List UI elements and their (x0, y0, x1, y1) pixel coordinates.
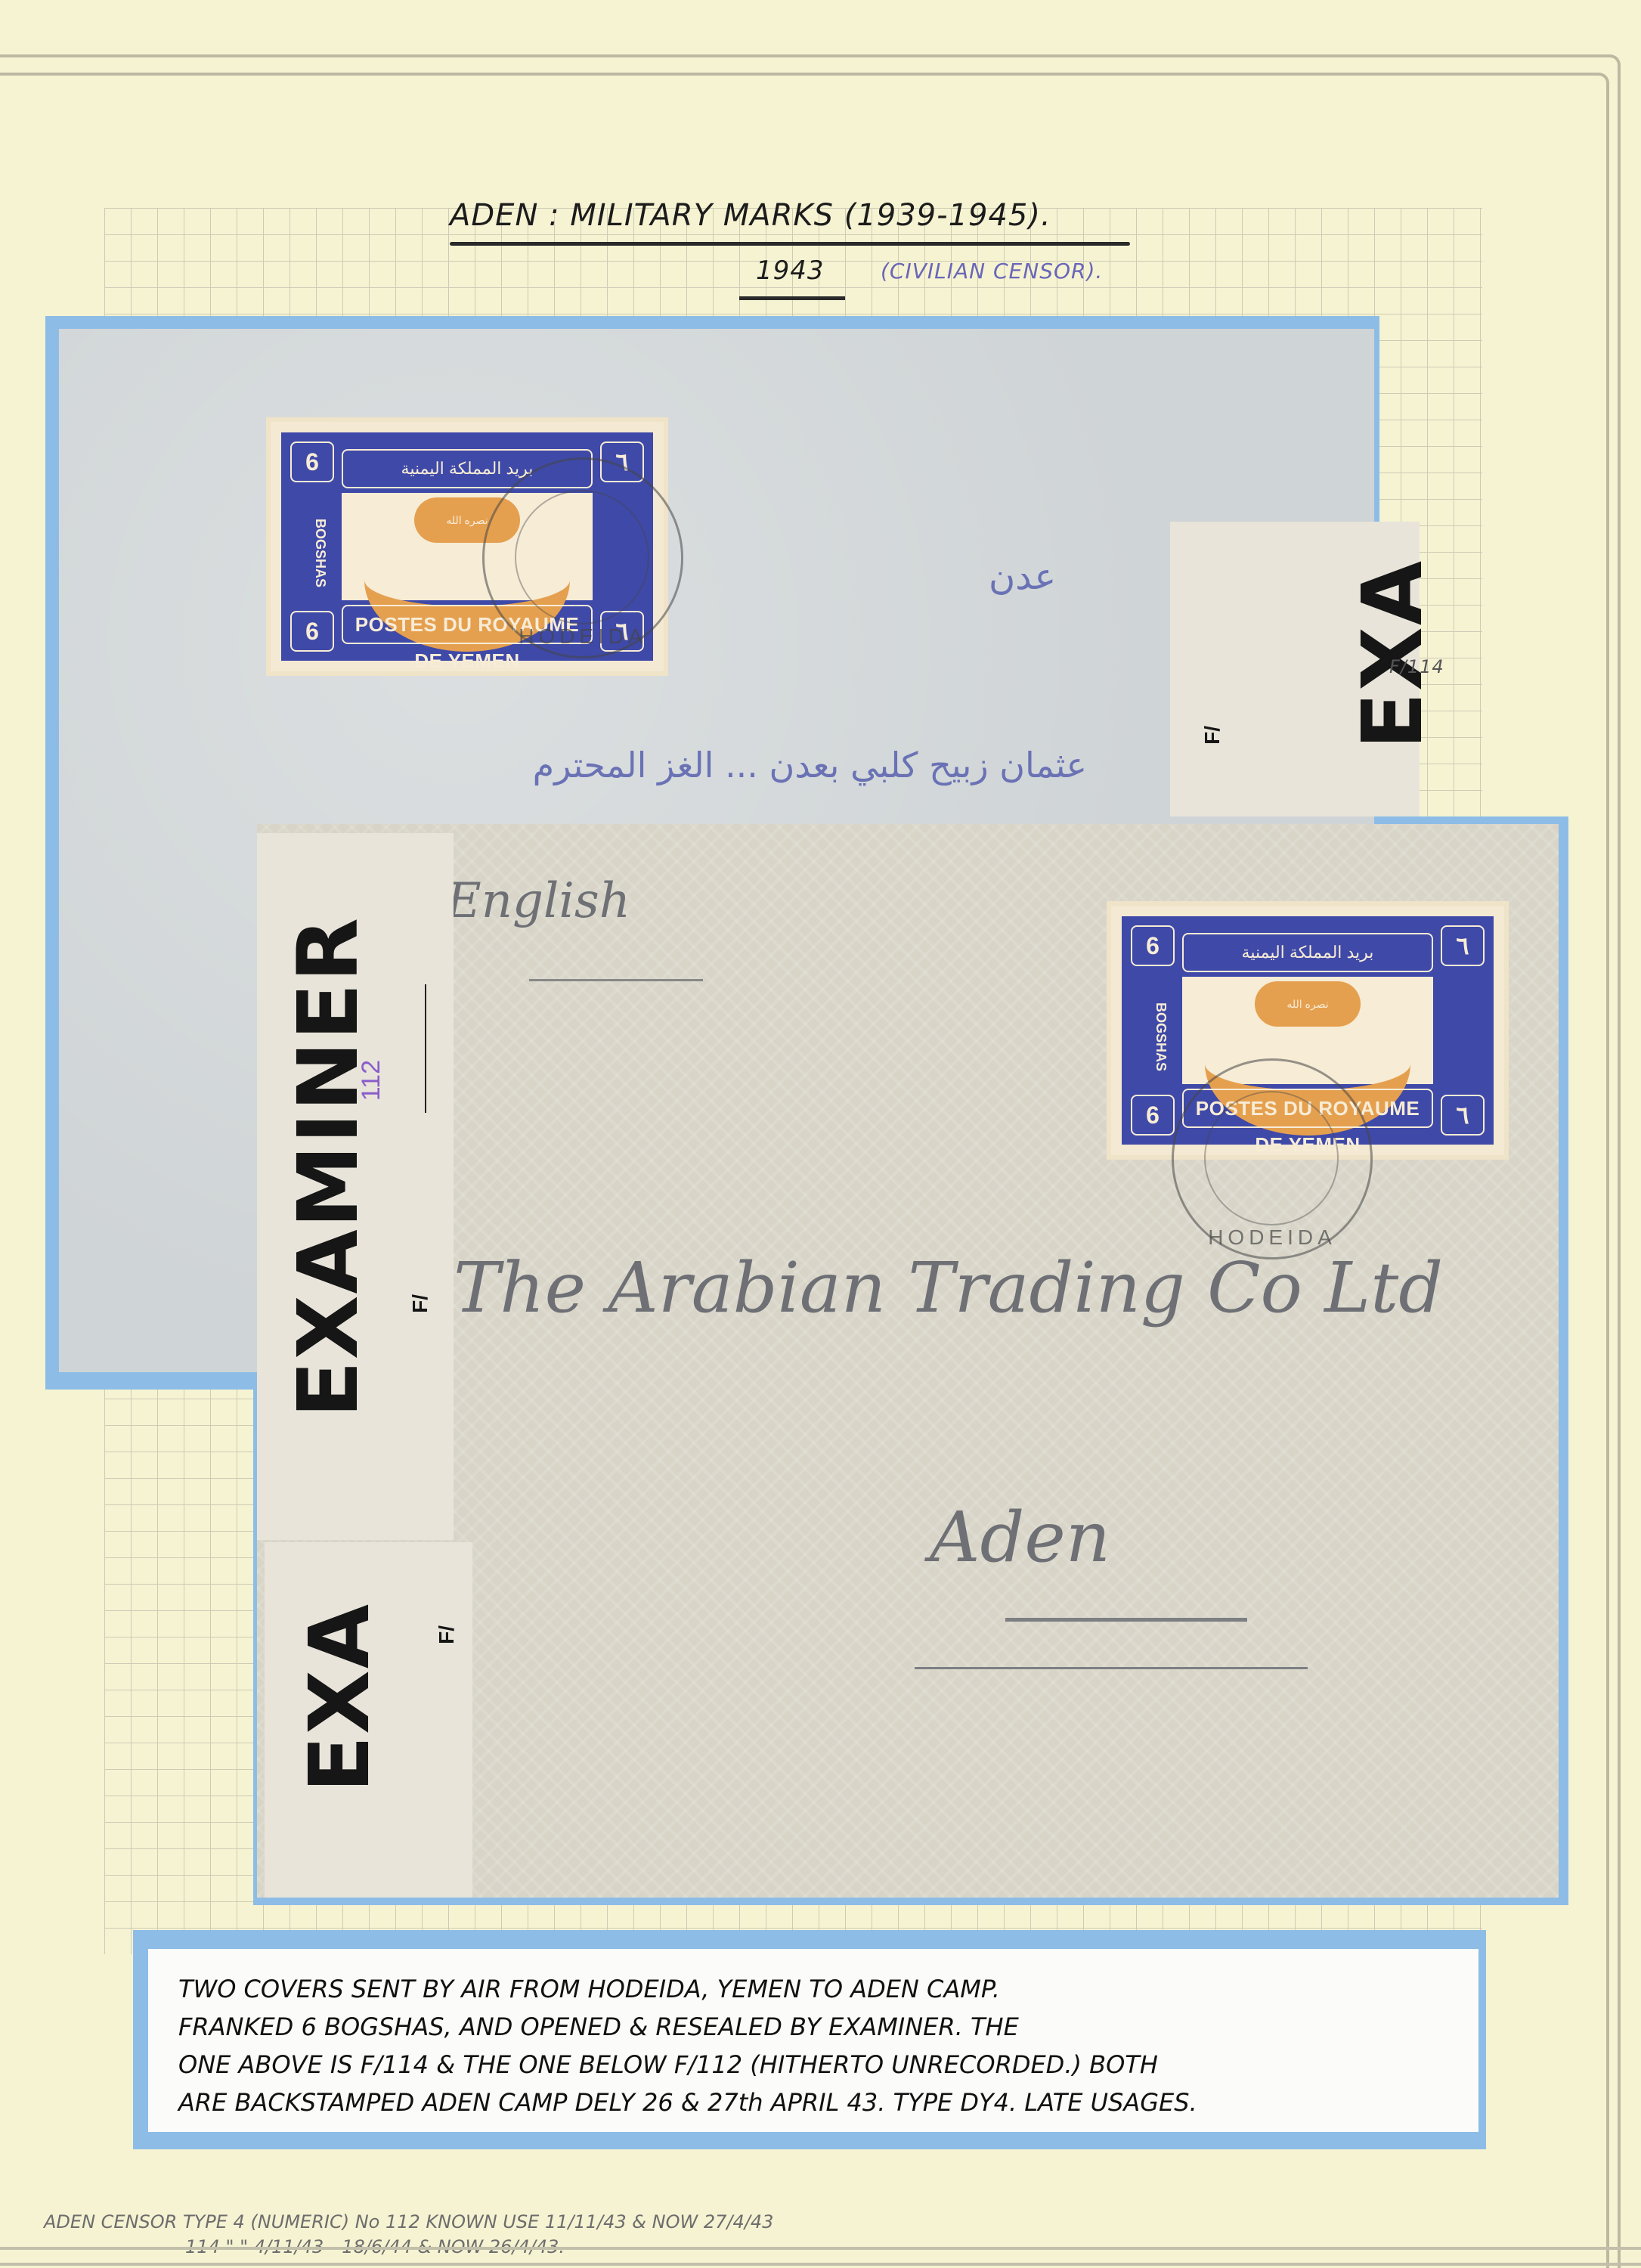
lower-censor-label: EXAMINER F/ 112 (257, 833, 454, 1540)
page-title: ADEN : MILITARY MARKS (1939-1945). (450, 198, 1051, 233)
stamp-value-bl: 6 (290, 611, 334, 652)
year-note: (CIVILIAN CENSOR). (881, 259, 1103, 283)
endorsement-english: English (446, 873, 630, 929)
endorsement-underline (529, 979, 703, 981)
stamp-arabic-title: بريد المملكة اليمنية (1182, 933, 1433, 972)
censor-label-field: F/ (408, 1294, 432, 1313)
address-line-2: Aden (930, 1497, 1110, 1578)
upper-address-line1: عدن (989, 556, 1056, 598)
footnote-rule-2 (0, 2263, 1641, 2266)
stamp-currency: BOGSHAS (1138, 984, 1169, 1090)
address-line-1: The Arabian Trading Co Ltd (454, 1247, 1443, 1328)
stamp-value-tl: 6 (290, 442, 334, 482)
address-underline (1005, 1618, 1247, 1622)
lower-censor-label-partial: EXA F/ (265, 1542, 472, 1898)
censor-partial-field: F/ (435, 1625, 459, 1644)
postmark-town: HODEIDA (485, 624, 681, 649)
postmark-town: HODEIDA (1174, 1225, 1370, 1250)
stamp-value-br: ٦ (1441, 1095, 1485, 1136)
censor-field-line (425, 984, 426, 1113)
censor-label-text: EXAMINER (280, 916, 376, 1417)
footnote-rule-1 (0, 2247, 1641, 2250)
censor-handstamp-number: 112 (357, 1060, 386, 1101)
page-year: 1943 (756, 256, 825, 286)
description-line-4: ARE BACKSTAMPED ADEN CAMP DELY 26 & 27th… (178, 2088, 1197, 2117)
year-underline (739, 296, 845, 300)
description-line-1: TWO COVERS SENT BY AIR FROM HODEIDA, YEM… (178, 1975, 1000, 2003)
stamp-cartouche: نصره الله (1255, 981, 1361, 1027)
stamp-value-tr: ٦ (1441, 925, 1485, 966)
title-underline (450, 242, 1130, 246)
stamp-value-tl: 6 (1131, 925, 1175, 966)
lower-postmark: HODEIDA (1172, 1058, 1373, 1259)
upper-postmark: HODEIDA (482, 457, 683, 658)
upper-address-line2: عثمان زبيح كلبي بعدن ... الغز المحترم (255, 745, 1087, 785)
description-line-3: ONE ABOVE IS F/114 & THE ONE BELOW F/112… (178, 2050, 1158, 2079)
censor-partial-text: EXA (291, 1603, 388, 1792)
stamp-value-bl: 6 (1131, 1095, 1175, 1136)
address-underline-2 (915, 1667, 1308, 1669)
lower-cover[interactable]: 6 ٦ 6 ٦ بريد المملكة اليمنية BOGSHAS نصر… (257, 824, 1559, 1898)
upper-censor-label: EXA F/ (1170, 522, 1420, 816)
upper-censor-number-note: F/114 (1389, 656, 1444, 677)
censor-label-field: F/ (1200, 726, 1225, 745)
censor-label-text: EXA (1344, 559, 1441, 749)
stamp-currency: BOGSHAS (298, 500, 328, 606)
footnote-line-1: ADEN CENSOR TYPE 4 (NUMERIC) No 112 KNOW… (44, 2211, 773, 2232)
description-line-2: FRANKED 6 BOGSHAS, AND OPENED & RESEALED… (178, 2012, 1019, 2041)
